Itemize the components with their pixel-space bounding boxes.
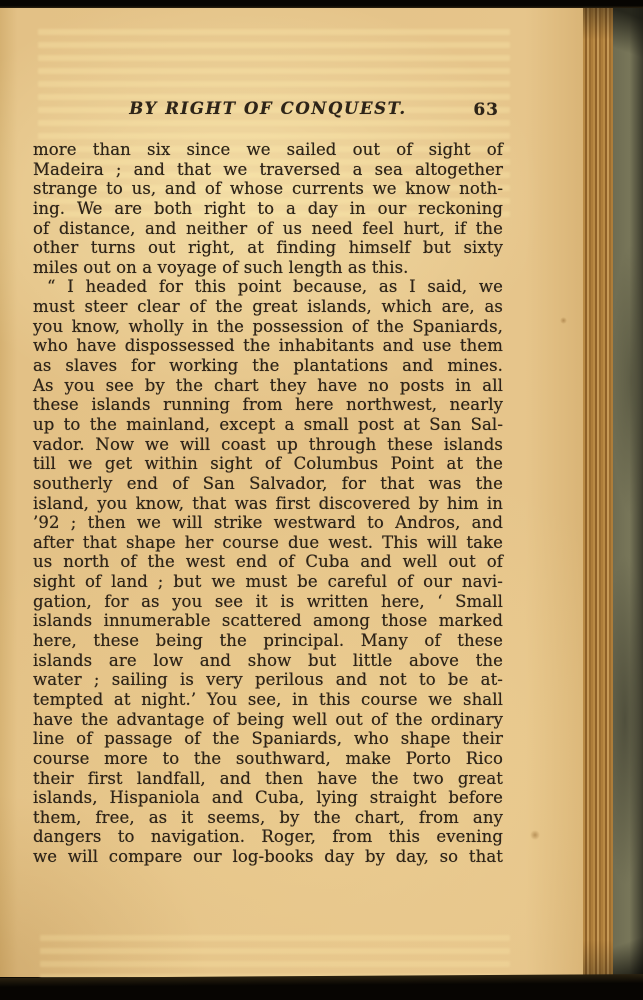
text-line: As you see by the chart they have no pos… xyxy=(33,376,503,396)
text-line: till we get within sight of Columbus Poi… xyxy=(33,454,503,474)
text-line: up to the mainland, except a small post … xyxy=(33,415,503,435)
text-line: have the advantage of being well out of … xyxy=(33,710,503,730)
paper-blemish xyxy=(530,830,540,840)
scan-border-bottom xyxy=(0,974,643,1000)
text-line: dangers to navigation. Roger, from this … xyxy=(33,827,503,847)
paper-blemish xyxy=(560,317,567,324)
text-line: islands, Hispaniola and Cuba, lying stra… xyxy=(33,788,503,808)
page-header: BY RIGHT OF CONQUEST. 63 xyxy=(33,99,503,121)
page-number: 63 xyxy=(473,100,499,120)
text-line: we will compare our log-books day by day… xyxy=(33,847,503,867)
text-line: gation, for as you see it is written her… xyxy=(33,592,503,612)
text-line: their first landfall, and then have the … xyxy=(33,769,503,789)
text-line: miles out on a voyage of such length as … xyxy=(33,258,503,278)
body-text: more than six since we sailed out of sig… xyxy=(33,140,503,867)
text-line: other turns out right, at finding himsel… xyxy=(33,238,503,258)
running-title: BY RIGHT OF CONQUEST. xyxy=(33,99,503,118)
scan-border-top xyxy=(0,0,643,8)
fore-edge-pages xyxy=(583,0,613,1000)
text-line: sight of land ; but we must be careful o… xyxy=(33,572,503,592)
text-line: water ; sailing is very perilous and not… xyxy=(33,670,503,690)
text-line: as slaves for working the plantations an… xyxy=(33,356,503,376)
text-line: them, free, as it seems, by the chart, f… xyxy=(33,808,503,828)
book-cover-strip xyxy=(613,0,643,1000)
text-line: Madeira ; and that we traversed a sea al… xyxy=(33,160,503,180)
text-line: islands innumerable scattered among thos… xyxy=(33,611,503,631)
text-line: after that shape her course due west. Th… xyxy=(33,533,503,553)
text-line: us north of the west end of Cuba and wel… xyxy=(33,552,503,572)
text-line: southerly end of San Salvador, for that … xyxy=(33,474,503,494)
text-line: tempted at night.’ You see, in this cour… xyxy=(33,690,503,710)
paper-sheet: BY RIGHT OF CONQUEST. 63 more than six s… xyxy=(0,7,584,977)
text-line: strange to us, and of whose currents we … xyxy=(33,179,503,199)
text-line: “ I headed for this point because, as I … xyxy=(33,277,503,297)
text-line: you know, wholly in the possession of th… xyxy=(33,317,503,337)
text-line: who have dispossessed the inhabitants an… xyxy=(33,336,503,356)
text-line: these islands running from here northwes… xyxy=(33,395,503,415)
text-line: islands are low and show but little abov… xyxy=(33,651,503,671)
text-line: vador. Now we will coast up through thes… xyxy=(33,435,503,455)
text-line: here, these being the principal. Many of… xyxy=(33,631,503,651)
text-line: island, you know, that was first discove… xyxy=(33,494,503,514)
text-line: more than six since we sailed out of sig… xyxy=(33,140,503,160)
text-line: must steer clear of the great islands, w… xyxy=(33,297,503,317)
text-line: of distance, and neither of us need feel… xyxy=(33,219,503,239)
text-line: ing. We are both right to a day in our r… xyxy=(33,199,503,219)
text-block: BY RIGHT OF CONQUEST. 63 more than six s… xyxy=(33,99,503,867)
text-line: ’92 ; then we will strike westward to An… xyxy=(33,513,503,533)
book-page-scan: BY RIGHT OF CONQUEST. 63 more than six s… xyxy=(0,0,643,1000)
text-line: line of passage of the Spaniards, who sh… xyxy=(33,729,503,749)
text-line: course more to the southward, make Porto… xyxy=(33,749,503,769)
scanner-streaks-bottom xyxy=(40,935,510,981)
